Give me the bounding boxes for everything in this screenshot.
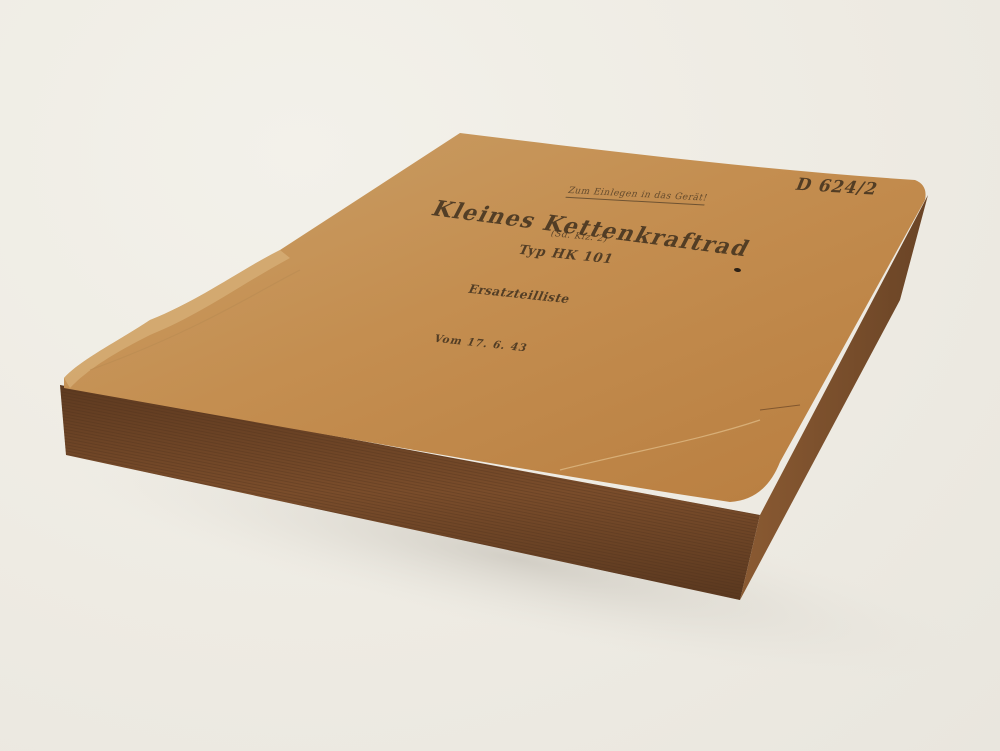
- photo-scene: Zum Einlegen in das Gerät! D 624/2 Klein…: [0, 0, 1000, 751]
- book-illustration: [0, 0, 1000, 751]
